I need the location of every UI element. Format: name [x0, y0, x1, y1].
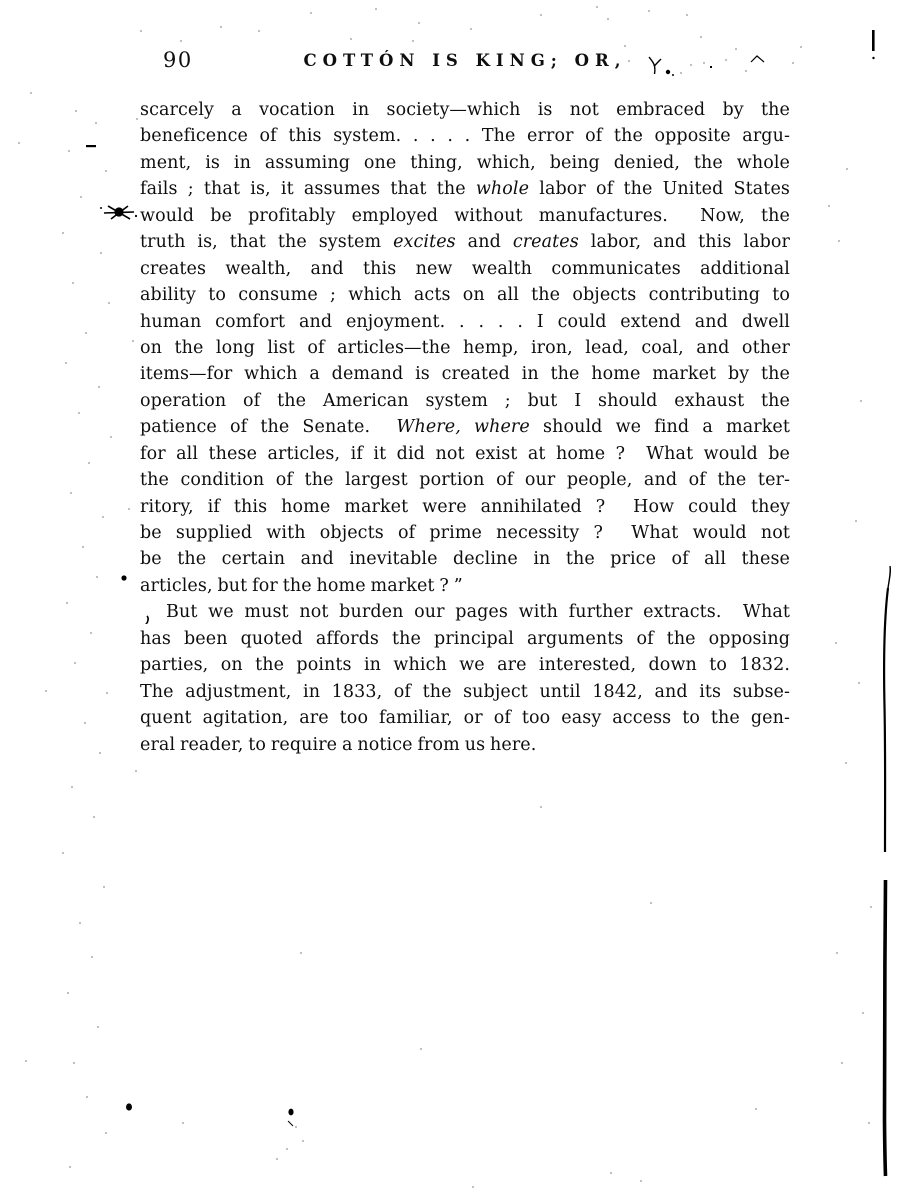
gutter-line-upper — [884, 588, 888, 852]
text-line: human comfort and enjoyment. . . . . I c… — [140, 309, 790, 335]
text-line: ritory, if this home market were annihil… — [140, 494, 790, 520]
scan-noise-specks — [0, 0, 2, 2]
text-line: eral reader, to require a notice from us… — [140, 732, 790, 758]
text-line: has been quoted affords the principal ar… — [140, 626, 790, 652]
ink-blob-bottom — [288, 1109, 294, 1126]
text-line: items—for which a demand is created in t… — [140, 361, 790, 387]
text-line: would be profitably employed without man… — [140, 203, 790, 229]
scan-mark-top-right — [872, 30, 875, 59]
scan-dash — [86, 145, 96, 147]
text-line: beneficence of this system. . . . . The … — [140, 123, 790, 149]
paragraph: scarcely a vocation in society—which is … — [140, 97, 790, 599]
text-line: for all these articles, if it did not ex… — [140, 441, 790, 467]
text-line: articles, but for the home market ? ” — [140, 573, 790, 599]
paragraph: But we must not burden our pages with fu… — [140, 599, 790, 758]
text-line: be supplied with objects of prime necess… — [140, 520, 790, 546]
text-line: on the long list of articles—the hemp, i… — [140, 335, 790, 361]
text-line: fails ; that is, it assumes that the who… — [140, 176, 790, 202]
scanned-book-page: 90 COTTÓN IS KING; OR, scarcely a vocati… — [0, 0, 901, 1200]
text-line: be the certain and inevitable decline in… — [140, 546, 790, 572]
text-line: patience of the Senate. Where, where sho… — [140, 414, 790, 440]
gutter-line-hook — [888, 566, 890, 588]
text-line: truth is, that the system excites and cr… — [140, 229, 790, 255]
text-line: operation of the American system ; but I… — [140, 388, 790, 414]
text-line: ment, is in assuming one thing, which, b… — [140, 150, 790, 176]
text-line: The adjustment, in 1833, of the subject … — [140, 679, 790, 705]
text-line: quent agitation, are too familiar, or of… — [140, 705, 790, 731]
text-line: the condition of the largest portion of … — [140, 467, 790, 493]
scan-dot — [121, 575, 126, 580]
text-line: But we must not burden our pages with fu… — [140, 599, 790, 625]
running-head: COTTÓN IS KING; OR, — [140, 51, 790, 70]
text-block: scarcely a vocation in society—which is … — [140, 97, 790, 758]
text-line: ability to consume ; which acts on all t… — [140, 282, 790, 308]
ink-blob-left-margin — [100, 206, 137, 219]
text-line: creates wealth, and this new wealth comm… — [140, 256, 790, 282]
text-line: scarcely a vocation in society—which is … — [140, 97, 790, 123]
ink-blob-bottom-left — [126, 1103, 132, 1110]
gutter-line-lower — [884, 880, 885, 1176]
text-line: parties, on the points in which we are i… — [140, 652, 790, 678]
